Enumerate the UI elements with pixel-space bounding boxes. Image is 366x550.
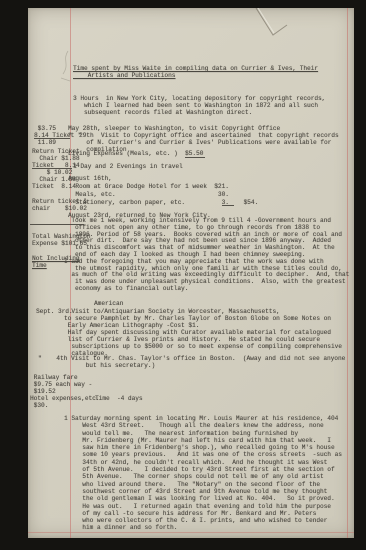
photo-background: Time spent by Miss Waite in compiling da… xyxy=(0,0,366,550)
margin-note-not-including-time: Not IncludingTime xyxy=(32,255,80,269)
intro-paragraph: 3 Hours in New York City, locating depos… xyxy=(73,95,325,116)
sum-underline xyxy=(32,168,72,169)
total-divider-line xyxy=(30,224,84,225)
washington-paragraph: Took me 1 week, working intensively from… xyxy=(64,218,349,293)
maurer-paragraph: 1 Saturday morning spent in locating Mr.… xyxy=(64,415,342,532)
paper-crease-mark xyxy=(228,8,318,58)
amount-underline xyxy=(222,205,234,206)
august-16-expenses: August 16th, Room at Grace Dodge Hotel f… xyxy=(68,175,258,207)
margin-note-return-total: Return ticket &chair $10.02 xyxy=(32,198,87,212)
margin-note-railway-fare: Railway fare $9.75 each way - $19.52Hote… xyxy=(30,374,99,409)
document-page: Time spent by Miss Waite in compiling da… xyxy=(28,8,354,538)
margin-note-return-ticket: Return Ticket Chair $1.88Ticket 8.14 $ 1… xyxy=(32,148,80,190)
boston-entry: Visit to Mr. Chas. Taylor's office in Bo… xyxy=(71,355,345,369)
amount-underline xyxy=(185,157,205,158)
margin-note-sept-4: " 4th xyxy=(38,355,67,362)
margin-note-sept-3: Sept. 3rd. xyxy=(36,308,73,315)
sum-underline xyxy=(34,138,70,139)
document-title: Time spent by Miss Waite in compiling da… xyxy=(73,65,318,79)
travel-time-line: 1 Day and 2 Evenings in travel xyxy=(73,163,183,170)
time-four-days-note: Time -4 days xyxy=(95,395,143,402)
bottom-margin-line xyxy=(28,532,354,533)
may-entry: May 28th, sleeper to Washington, to visi… xyxy=(68,125,339,153)
margin-note-washington-total: Total WashingtonExpense $101.65 xyxy=(32,233,91,247)
american-inserted-word: American xyxy=(94,300,123,307)
margin-note-ticket-sum: $3.758.14 Ticket " 11.89 xyxy=(34,125,82,146)
worcester-entry: Visit to/Antiquarian Society in Worceste… xyxy=(64,308,342,357)
living-expenses-line: Living Expenses (Meals, etc. ) $5.50 xyxy=(68,150,203,157)
